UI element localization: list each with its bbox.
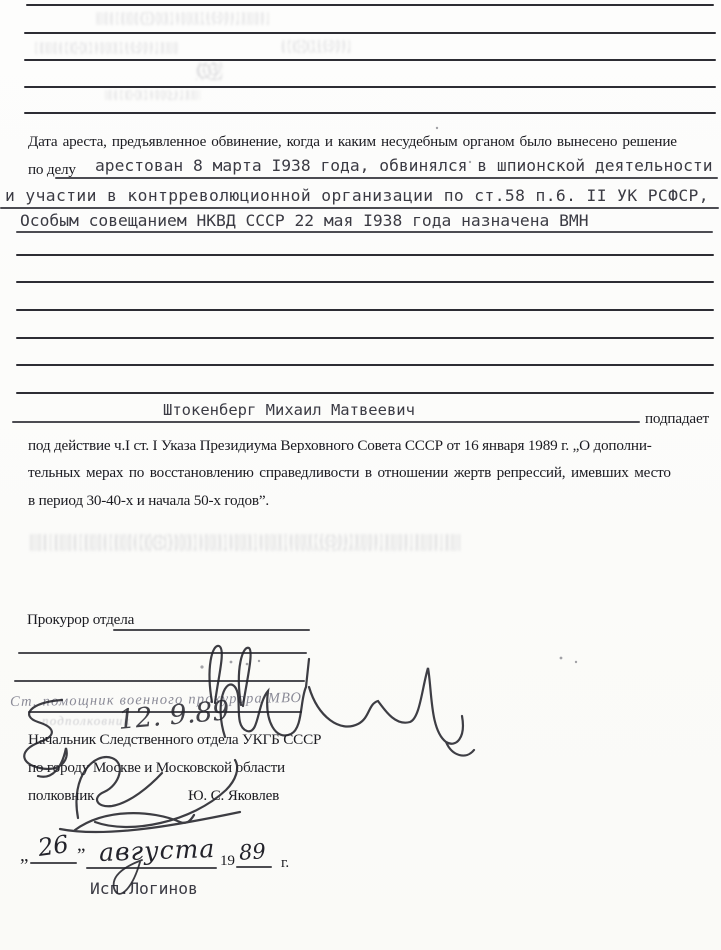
signature-line bbox=[14, 680, 305, 682]
signature-line bbox=[113, 629, 310, 631]
charge-typed-line-1: арестован 8 марта I938 года, обвинялся в… bbox=[95, 156, 713, 175]
decree-line-2: тельных мерах по восстановлению справедл… bbox=[28, 464, 671, 482]
form-line bbox=[16, 281, 714, 283]
form-line bbox=[16, 364, 714, 366]
falls-under-label: подпадает bbox=[645, 410, 709, 428]
date-open-quote: „ bbox=[20, 845, 28, 867]
form-line bbox=[16, 254, 714, 256]
signature-line bbox=[18, 652, 307, 654]
chief-name: Ю. С. Яковлев bbox=[188, 787, 279, 805]
decree-line-1: под действие ч.I ст. I Указа Президиума … bbox=[28, 437, 652, 455]
fill-in-line bbox=[55, 177, 718, 179]
scan-smudge bbox=[95, 12, 270, 25]
form-line bbox=[16, 337, 714, 339]
fill-in-line bbox=[12, 421, 640, 423]
decree-line-3: в период 30-40-х и начала 50-х годов”. bbox=[28, 492, 269, 510]
scan-smudge bbox=[280, 40, 350, 53]
form-line bbox=[26, 4, 714, 6]
date-flourish bbox=[75, 813, 194, 830]
date-month-handwritten: августа bbox=[99, 834, 216, 867]
form-line bbox=[24, 59, 716, 61]
scanned-rehabilitation-form: Дата ареста, предъявленное обвинение, ко… bbox=[0, 0, 721, 950]
subject-name: Штокенберг Михаил Матвеевич bbox=[163, 401, 415, 419]
scan-smudge bbox=[30, 534, 460, 551]
form-line bbox=[24, 32, 716, 34]
charge-typed-line-2: и участии в контрреволюционной организац… bbox=[5, 186, 709, 205]
date-day-handwritten: 26 bbox=[36, 830, 70, 862]
scan-smudge bbox=[105, 90, 200, 100]
chief-rank-label: полковник bbox=[28, 787, 94, 805]
chief-title-line-2: по городу Москве и Московской области bbox=[28, 759, 285, 777]
scan-smudge bbox=[35, 42, 180, 54]
prosecutor-label: Прокурор отдела bbox=[27, 611, 134, 629]
fill-in-line bbox=[16, 231, 713, 233]
scan-smudge bbox=[196, 62, 222, 80]
form-line bbox=[16, 392, 714, 394]
executor-name: Исп.Логинов bbox=[90, 879, 198, 898]
charge-typed-line-3: Особым совещанием НКВД СССР 22 мая I938 … bbox=[20, 211, 589, 230]
form-line bbox=[24, 112, 716, 114]
charge-caption: Дата ареста, предъявленное обвинение, ко… bbox=[28, 133, 677, 151]
chief-title-line-1: Начальник Следственного отдела УКГБ СССР bbox=[28, 731, 321, 749]
date-month-line bbox=[86, 867, 217, 869]
date-year-handwritten: 89 bbox=[238, 839, 266, 865]
fill-in-line bbox=[0, 207, 719, 209]
date-year-line bbox=[236, 866, 272, 868]
form-line bbox=[16, 309, 714, 311]
date-close-quote: ” bbox=[77, 845, 85, 867]
form-line bbox=[24, 86, 716, 88]
date-century: 19 bbox=[220, 852, 235, 870]
date-day-line bbox=[30, 862, 77, 864]
date-year-suffix: г. bbox=[281, 854, 289, 872]
